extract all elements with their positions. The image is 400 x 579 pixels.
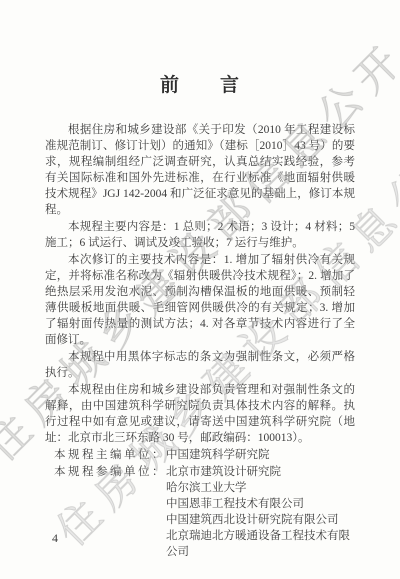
organization: 哈尔滨工业大学	[166, 480, 355, 496]
paragraph-mandatory-clauses: 本规程中用黑体字标志的条文为强制性条文，必须严格执行。	[45, 349, 355, 381]
participating-editors-label: 本规程参编单位：	[54, 464, 166, 560]
organization: 中国建筑西北设计研究院有限公司	[166, 512, 355, 528]
paragraph-contents: 本规程主要内容是：1 总则；2 术语；3 设计；4 材料；5 施工；6 试运行、…	[45, 219, 355, 251]
organization: 中国建筑科学研究院	[166, 447, 355, 463]
organization: 北京瑞迪北方暖通设备工程技术有限公司	[166, 528, 355, 560]
chief-editor-organizations: 中国建筑科学研究院	[166, 447, 355, 463]
organization: 中国恩菲工程技术有限公司	[166, 496, 355, 512]
participating-editor-organizations: 北京市建筑设计研究院 哈尔滨工业大学 中国恩菲工程技术有限公司 中国建筑西北设计…	[166, 464, 355, 560]
organization: 北京市建筑设计研究院	[166, 464, 355, 480]
foreword-body: 根据住房和城乡建设部《关于印发（2010 年工程建设标准规范制订、修订计划）的通…	[45, 122, 355, 560]
paragraph-revisions: 本次修订的主要技术内容是：1. 增加了辐射供冷有关规定，并将标准名称改为《辐射供…	[45, 252, 355, 348]
document-page: 住房城乡建设部信息公开 住房城乡建设部信息公开 前 言 根据住房和城乡建设部《关…	[0, 0, 400, 579]
participating-editors-row: 本规程参编单位： 北京市建筑设计研究院 哈尔滨工业大学 中国恩菲工程技术有限公司…	[45, 464, 355, 560]
paragraph-administration: 本规程由住房和城乡建设部负责管理和对强制性条文的解释，由中国建筑科学研究院负责具…	[45, 382, 355, 446]
page-title: 前 言	[0, 0, 400, 97]
chief-editor-label: 本规程主编单位：	[54, 447, 166, 463]
paragraph-basis: 根据住房和城乡建设部《关于印发（2010 年工程建设标准规范制订、修订计划）的通…	[45, 122, 355, 218]
chief-editor-row: 本规程主编单位： 中国建筑科学研究院	[45, 447, 355, 463]
page-number: 4	[52, 531, 58, 546]
